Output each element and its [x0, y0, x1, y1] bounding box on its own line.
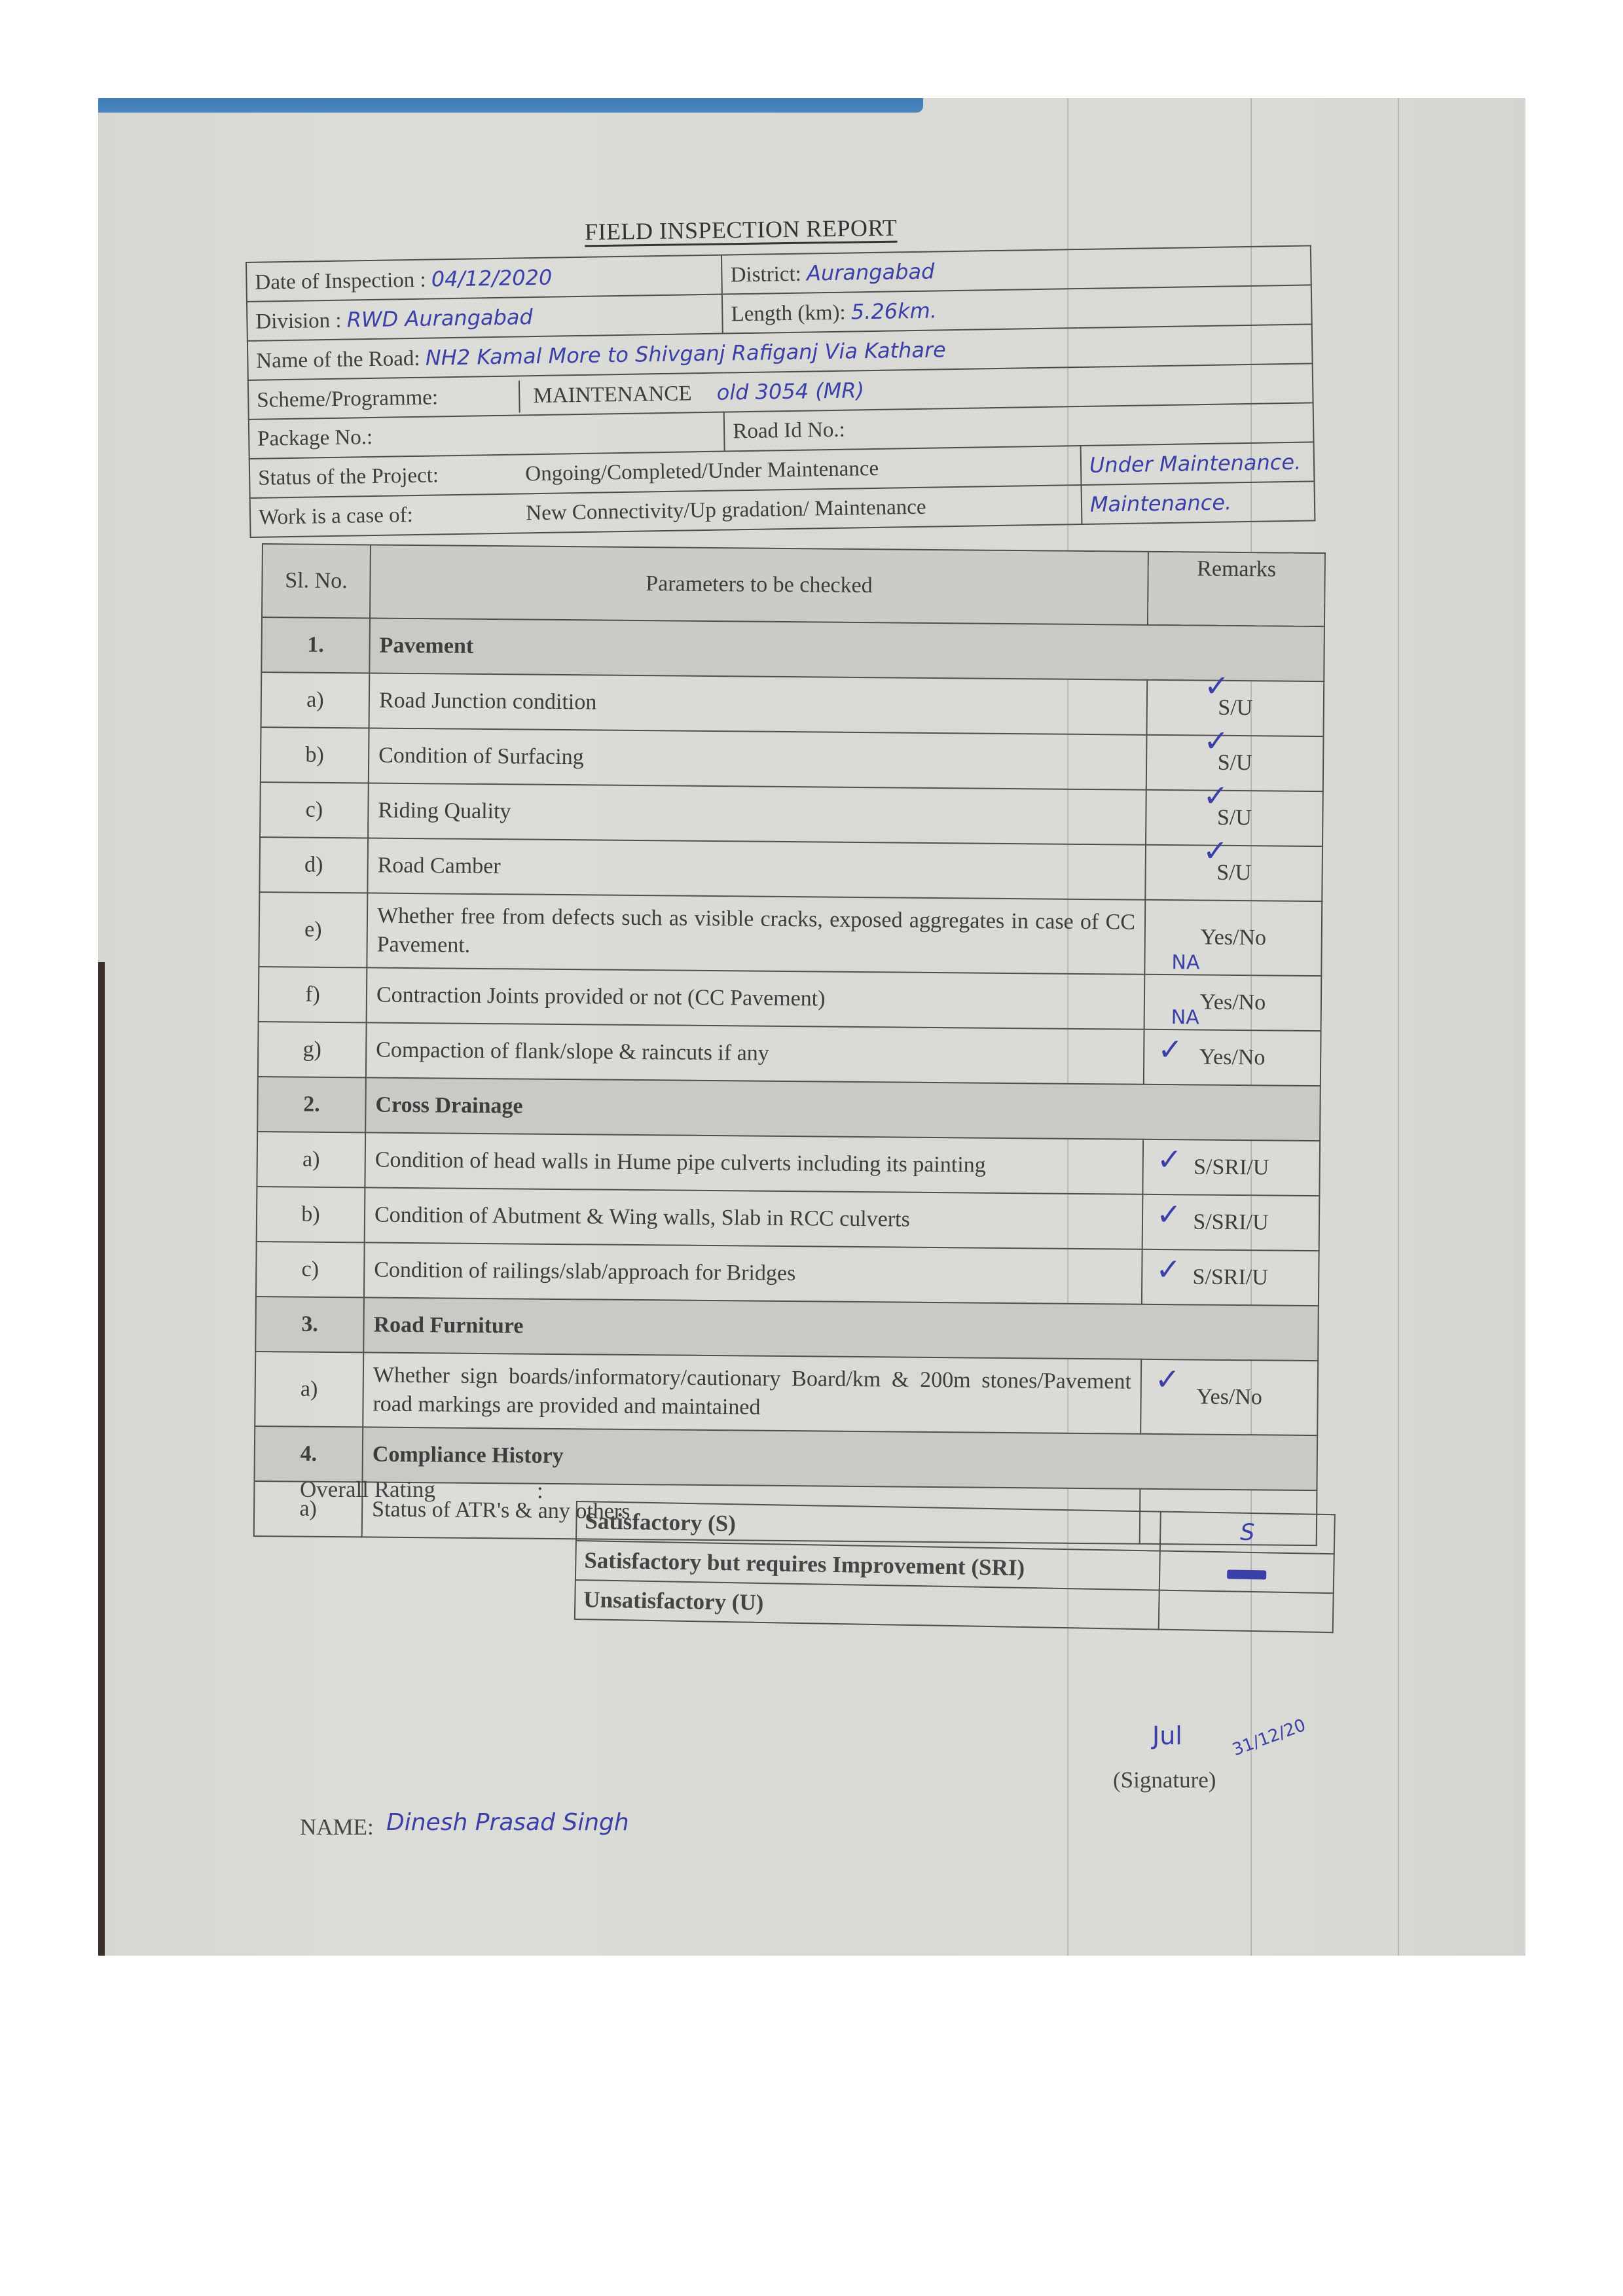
photo-edge-shadow — [98, 962, 105, 1956]
section-number: 4. — [254, 1426, 363, 1482]
road-name-label: Name of the Road: — [256, 346, 420, 372]
signature-label: (Signature) — [1113, 1767, 1216, 1793]
table-header-row: Sl. No. Parameters to be checked Remarks — [262, 544, 1325, 626]
row-remarks: S/SRI/U✓ — [1142, 1194, 1320, 1251]
road-name-value: NH2 Kamal More to Shivganj Rafiganj Via … — [425, 337, 946, 370]
table-row: a)Whether sign boards/informatory/cautio… — [255, 1352, 1318, 1435]
package-label: Package No.: — [257, 425, 373, 450]
row-parameter: Condition of railings/slab/approach for … — [364, 1242, 1142, 1304]
overall-rating-label: Overall Rating — [300, 1477, 435, 1503]
length-value: 5.26km. — [851, 298, 938, 324]
row-remarks: S/U✓ — [1146, 680, 1324, 736]
table-row: c)Riding QualityS/U✓ — [260, 782, 1323, 846]
section-row: 1.Pavement — [261, 617, 1324, 681]
row-sl-no: b) — [261, 727, 369, 783]
status-value-cell: Under Maintenance. — [1080, 442, 1314, 485]
name-label: NAME: — [300, 1814, 374, 1840]
row-parameter: Condition of head walls in Hume pipe cul… — [365, 1132, 1143, 1194]
section-title: Cross Drainage — [365, 1077, 1321, 1141]
row-sl-no: a) — [261, 672, 370, 728]
remark-options: S/SRI/U — [1193, 1210, 1269, 1234]
work-case-label: Work is a case of: — [259, 501, 521, 529]
section-title: Compliance History — [362, 1427, 1317, 1490]
overall-rating-colon: : — [537, 1478, 543, 1504]
work-case-options: New Connectivity/Up gradation/ Maintenan… — [526, 495, 926, 525]
check-mark-icon: ✓ — [1203, 778, 1228, 814]
check-mark-icon: ✓ — [1203, 833, 1228, 869]
remark-options: S/SRI/U — [1194, 1155, 1269, 1179]
scheme-label: Scheme/Programme: — [257, 380, 520, 416]
remark-options: Yes/No — [1200, 990, 1266, 1015]
section-row: 3.Road Furniture — [255, 1297, 1319, 1361]
division-value: RWD Aurangabad — [346, 304, 533, 332]
row-sl-no: a) — [255, 1352, 363, 1427]
page-title: FIELD INSPECTION REPORT — [585, 214, 898, 246]
division: Division : RWD Aurangabad — [247, 295, 723, 341]
row-sl-no: c) — [256, 1242, 365, 1297]
background-surface — [98, 98, 923, 113]
scheme-note: old 3054 (MR) — [716, 378, 864, 405]
status-options: Ongoing/Completed/Under Maintenance — [525, 456, 879, 485]
signature-initials: Jul — [1152, 1721, 1182, 1750]
row-parameter: Compaction of flank/slope & raincuts if … — [366, 1022, 1144, 1084]
division-label: Division : — [255, 308, 342, 333]
district-label: District: — [730, 262, 801, 287]
check-mark-icon: ✓ — [1156, 1251, 1181, 1287]
row-sl-no: g) — [258, 1022, 367, 1077]
table-row: a)Road Junction conditionS/U✓ — [261, 672, 1324, 736]
date-label: Date of Inspection : — [255, 268, 426, 294]
row-parameter: Road Camber — [367, 838, 1146, 899]
date-of-inspection: Date of Inspection : 04/12/2020 — [246, 255, 722, 302]
table-row: d)Road CamberS/U✓ — [259, 837, 1322, 901]
row-sl-no: f) — [259, 967, 367, 1022]
row-remarks: Yes/No✓ — [1144, 1030, 1321, 1086]
rating-mark-u — [1159, 1590, 1334, 1633]
row-remarks: S/U✓ — [1146, 735, 1324, 791]
check-mark-icon: ✓ — [1158, 1031, 1183, 1067]
row-sl-no: a) — [257, 1132, 365, 1187]
status-value: Under Maintenance. — [1089, 449, 1302, 477]
row-remarks: S/SRI/U✓ — [1142, 1139, 1320, 1196]
table-row: f)Contraction Joints provided or not (CC… — [259, 967, 1322, 1031]
na-note: NA — [1171, 1006, 1199, 1029]
district-value: Aurangabad — [807, 259, 935, 285]
check-mark-icon: ✓ — [1156, 1196, 1182, 1232]
row-remarks: Yes/NoNA — [1144, 975, 1322, 1031]
parameters-table: Sl. No. Parameters to be checked Remarks… — [253, 543, 1326, 1546]
work-case-value-cell: Maintenance. — [1081, 481, 1315, 524]
column-header-remarks: Remarks — [1148, 552, 1325, 626]
section-number: 3. — [255, 1297, 364, 1352]
column-header-parameters: Parameters to be checked — [370, 545, 1148, 624]
table-row: b)Condition of Abutment & Wing walls, Sl… — [257, 1187, 1320, 1251]
status-label: Status of the Project: — [258, 462, 520, 490]
length-label: Length (km): — [731, 300, 846, 326]
row-parameter: Road Junction condition — [369, 673, 1148, 734]
package-no: Package No.: — [249, 412, 725, 459]
row-sl-no: b) — [257, 1187, 365, 1242]
rating-mark-s: S — [1160, 1512, 1335, 1554]
row-parameter: Contraction Joints provided or not (CC P… — [367, 967, 1145, 1029]
row-sl-no: c) — [260, 782, 369, 838]
name-value: Dinesh Prasad Singh — [386, 1809, 629, 1836]
rating-mark-struck-out — [1159, 1551, 1334, 1594]
date-value: 04/12/2020 — [431, 264, 553, 291]
section-title: Pavement — [369, 618, 1324, 681]
row-remarks: S/U✓ — [1145, 845, 1322, 901]
column-header-sl-no: Sl. No. — [262, 544, 371, 618]
row-remarks: Yes/No✓ — [1140, 1359, 1318, 1435]
table-row: e)Whether free from defects such as visi… — [259, 892, 1322, 976]
row-remarks: S/U✓ — [1146, 790, 1323, 846]
remark-options: Yes/No — [1196, 1385, 1262, 1410]
section-title: Road Furniture — [363, 1297, 1319, 1361]
row-parameter: Riding Quality — [368, 783, 1146, 844]
check-mark-icon: ✓ — [1157, 1141, 1182, 1177]
section-number: 2. — [257, 1077, 366, 1132]
check-mark-icon: ✓ — [1203, 723, 1229, 759]
row-parameter: Whether free from defects such as visibl… — [367, 893, 1145, 974]
section-row: 2.Cross Drainage — [257, 1077, 1321, 1141]
table-row: c)Condition of railings/slab/approach fo… — [256, 1242, 1319, 1306]
check-mark-icon: ✓ — [1155, 1361, 1180, 1397]
road-id-label: Road Id No.: — [733, 418, 845, 443]
header-info-table: Date of Inspection : 04/12/2020 District… — [246, 245, 1315, 538]
row-parameter: Condition of Abutment & Wing walls, Slab… — [365, 1187, 1143, 1249]
check-mark-icon: ✓ — [1204, 668, 1230, 704]
table-row: b)Condition of SurfacingS/U✓ — [261, 727, 1324, 791]
table-row: g)Compaction of flank/slope & raincuts i… — [258, 1022, 1321, 1086]
work-case-value: Maintenance. — [1090, 490, 1232, 516]
remark-options: Yes/No — [1200, 925, 1266, 950]
na-note: NA — [1171, 951, 1199, 974]
overall-rating-table: Satisfactory (S) S Satisfactory but requ… — [574, 1501, 1336, 1633]
scribble-mark — [1227, 1570, 1266, 1579]
remark-options: S/SRI/U — [1192, 1265, 1268, 1289]
scheme-value: MAINTENANCE — [533, 382, 692, 408]
section-number: 1. — [261, 617, 370, 673]
row-parameter: Whether sign boards/informatory/cautiona… — [363, 1352, 1141, 1433]
row-parameter: Condition of Surfacing — [369, 728, 1147, 789]
row-remarks: Yes/NoNA — [1144, 900, 1322, 976]
row-sl-no: e) — [259, 892, 367, 967]
table-row: a)Condition of head walls in Hume pipe c… — [257, 1132, 1320, 1196]
paper-fold-line — [1398, 98, 1399, 1956]
row-sl-no: d) — [259, 837, 368, 893]
remark-options: Yes/No — [1199, 1045, 1266, 1070]
row-remarks: S/SRI/U✓ — [1142, 1249, 1319, 1306]
